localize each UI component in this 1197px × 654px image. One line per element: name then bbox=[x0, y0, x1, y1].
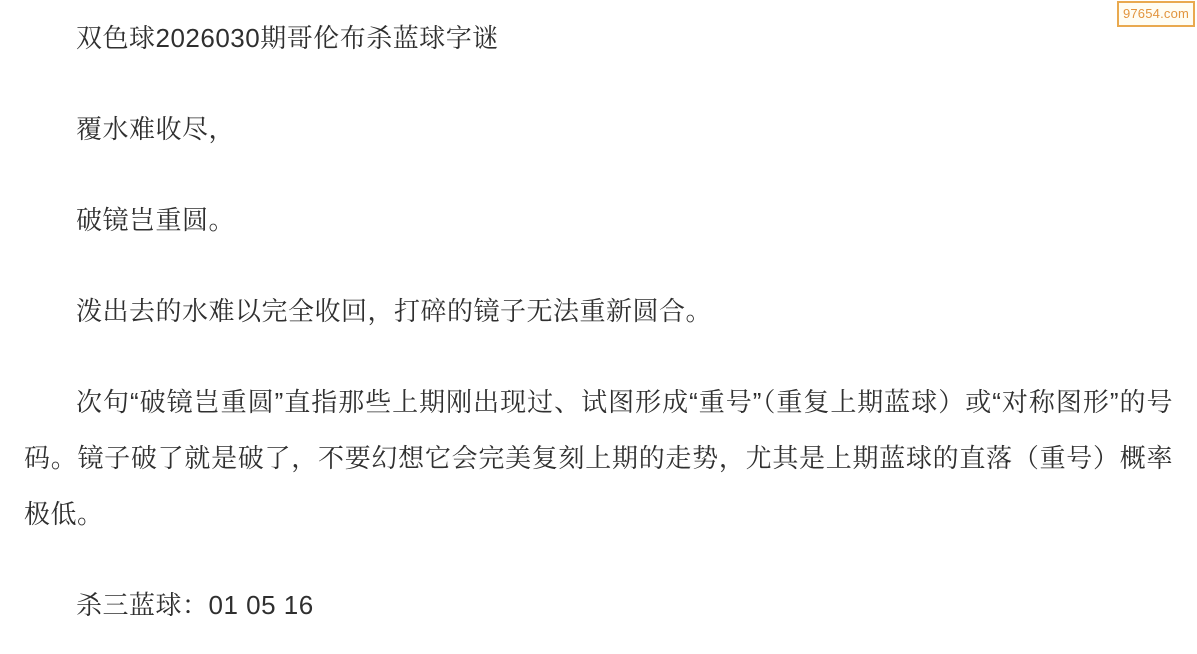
poem-line-2: 破镜岂重圆。 bbox=[24, 192, 1173, 248]
article-title: 双色球2026030期哥伦布杀蓝球字谜 bbox=[24, 10, 1173, 66]
article-body: 双色球2026030期哥伦布杀蓝球字谜 覆水难收尽， 破镜岂重圆。 泼出去的水难… bbox=[0, 0, 1197, 633]
poem-line-1: 覆水难收尽， bbox=[24, 101, 1173, 157]
site-watermark-badge: 97654.com bbox=[1117, 1, 1195, 27]
kill-blue-numbers-line: 杀三蓝球：01 05 16 bbox=[24, 577, 1173, 633]
analysis-paragraph: 次句“破镜岂重圆”直指那些上期刚出现过、试图形成“重号”（重复上期蓝球）或“对称… bbox=[24, 374, 1173, 542]
article-page: { "page": { "background": "#ffffff", "te… bbox=[0, 0, 1197, 654]
poem-explanation: 泼出去的水难以完全收回，打碎的镜子无法重新圆合。 bbox=[24, 283, 1173, 339]
